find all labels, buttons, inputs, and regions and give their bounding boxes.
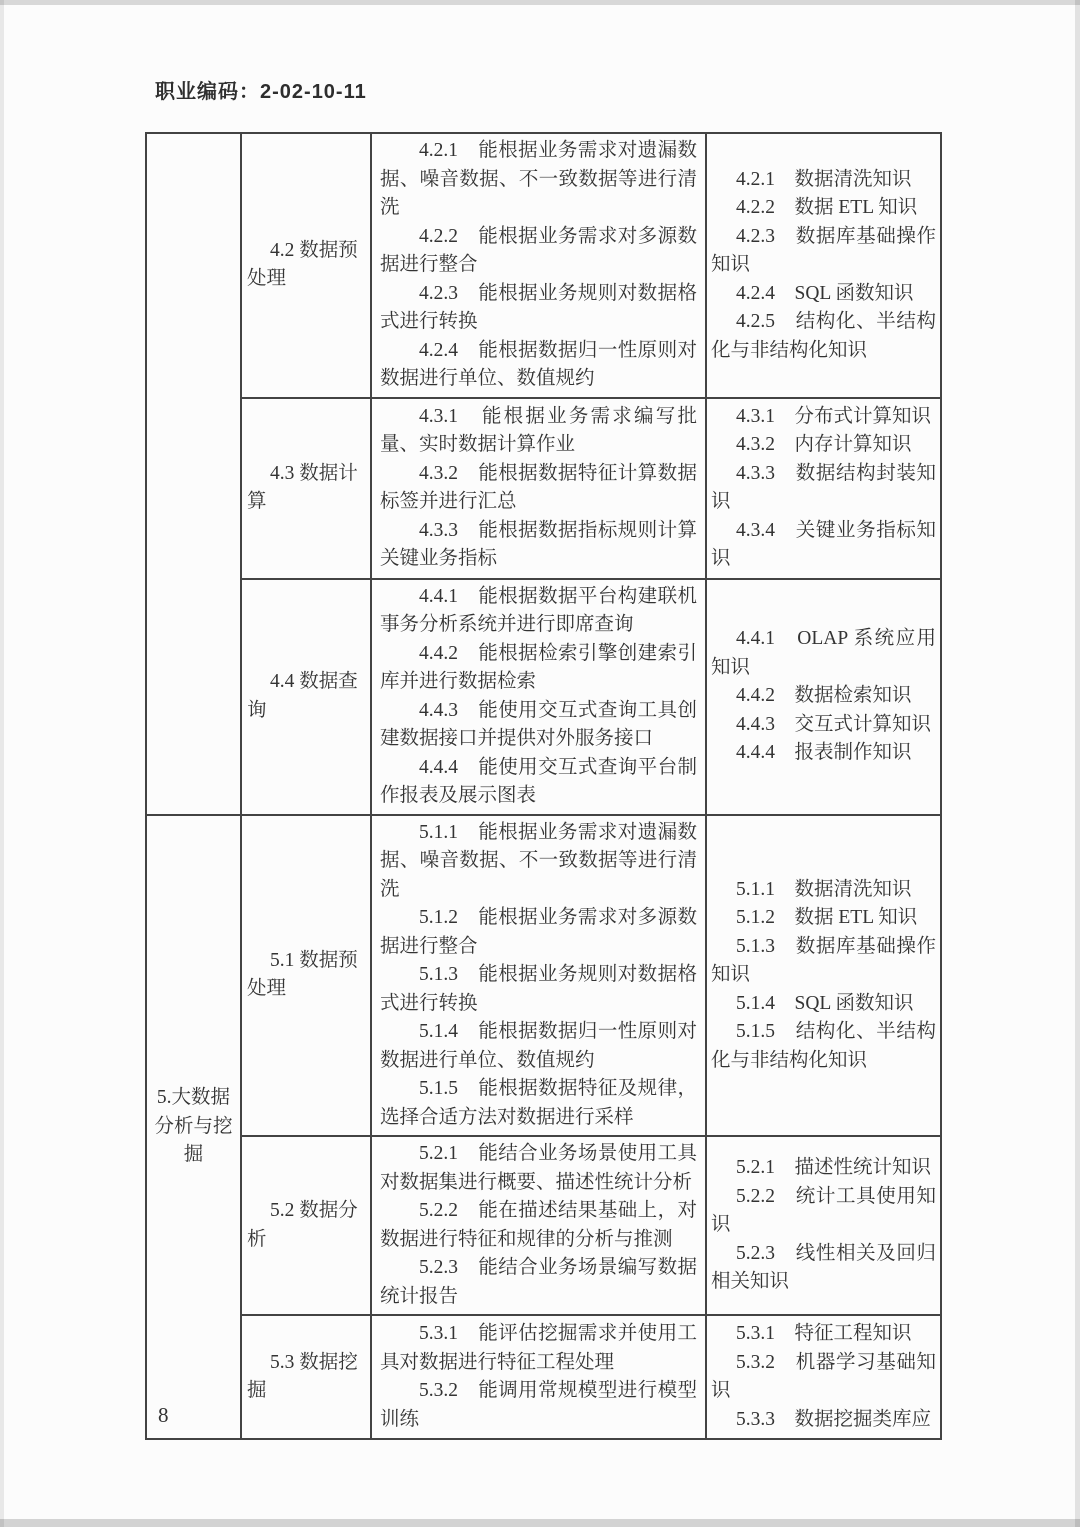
knowledge-item: 5.2.1 描述性统计知识 [711,1154,936,1183]
occupation-code: 职业编码：2-02-10-11 [155,75,367,104]
knowledge-item: 5.2.2 统计工具使用知识 [711,1183,936,1240]
subsection-label: 5.2 数据分析 [247,1197,365,1254]
knowledge-cell-5-3: 5.3.1 特征工程知识5.3.2 机器学习基础知识5.3.3 数据挖掘类库应 [706,1315,941,1439]
skill-item: 4.3.3 能根据数据指标规则计算关键业务指标 [380,517,697,574]
knowledge-item: 5.2.3 线性相关及回归相关知识 [711,1240,936,1297]
knowledge-cell-4-3: 4.3.1 分布式计算知识4.3.2 内存计算知识4.3.3 数据结构封装知识4… [706,398,941,579]
knowledge-item: 4.2.4 SQL 函数知识 [711,280,936,309]
skill-item: 5.1.1 能根据业务需求对遗漏数据、噪音数据、不一致数据等进行清洗 [380,819,697,905]
section-title: 5.大数据分析与挖掘 [149,1084,238,1170]
subsection-label: 4.3 数据计算 [247,460,365,517]
skill-item: 4.3.1 能根据业务需求编写批量、实时数据计算作业 [380,403,697,460]
table-row: 5.2 数据分析 5.2.1 能结合业务场景使用工具对数据集进行概要、描述性统计… [146,1136,941,1315]
knowledge-item: 5.1.5 结构化、半结构化与非结构化知识 [711,1018,936,1075]
table-row: 4.4 数据查询 4.4.1 能根据数据平台构建联机事务分析系统并进行即席查询4… [146,579,941,815]
skills-cell-5-1: 5.1.1 能根据业务需求对遗漏数据、噪音数据、不一致数据等进行清洗5.1.2 … [371,815,706,1137]
page-number: 8 [158,1403,169,1428]
skill-item: 5.1.5 能根据数据特征及规律，选择合适方法对数据进行采样 [380,1075,697,1132]
knowledge-item: 4.4.1 OLAP 系统应用知识 [711,625,936,682]
subsection-label: 4.2 数据预处理 [247,237,365,294]
knowledge-item: 4.3.4 关键业务指标知识 [711,517,936,574]
subsection-cell-4-4: 4.4 数据查询 [241,579,371,815]
knowledge-item: 4.2.3 数据库基础操作知识 [711,223,936,280]
knowledge-item: 4.2.1 数据清洗知识 [711,166,936,195]
skill-item: 5.2.2 能在描述结果基础上，对数据进行特征和规律的分析与推测 [380,1197,697,1254]
subsection-label: 4.4 数据查询 [247,668,365,725]
table-row: 4.3 数据计算 4.3.1 能根据业务需求编写批量、实时数据计算作业4.3.2… [146,398,941,579]
knowledge-item: 4.2.2 数据 ETL 知识 [711,194,936,223]
skill-item: 5.1.2 能根据业务需求对多源数据进行整合 [380,904,697,961]
skill-item: 5.2.1 能结合业务场景使用工具对数据集进行概要、描述性统计分析 [380,1140,697,1197]
knowledge-item: 4.3.1 分布式计算知识 [711,403,936,432]
knowledge-cell-4-4: 4.4.1 OLAP 系统应用知识4.4.2 数据检索知识4.4.3 交互式计算… [706,579,941,815]
section-cell-4 [146,133,241,815]
table-row: 5.大数据分析与挖掘 5.1 数据预处理 5.1.1 能根据业务需求对遗漏数据、… [146,815,941,1137]
skills-cell-5-2: 5.2.1 能结合业务场景使用工具对数据集进行概要、描述性统计分析5.2.2 能… [371,1136,706,1315]
skill-item: 4.4.2 能根据检索引擎创建索引库并进行数据检索 [380,640,697,697]
skill-item: 4.2.2 能根据业务需求对多源数据进行整合 [380,223,697,280]
skill-item: 4.3.2 能根据数据特征计算数据标签并进行汇总 [380,460,697,517]
skill-item: 4.2.1 能根据业务需求对遗漏数据、噪音数据、不一致数据等进行清洗 [380,137,697,223]
skill-item: 4.2.3 能根据业务规则对数据格式进行转换 [380,280,697,337]
knowledge-item: 5.3.1 特征工程知识 [711,1320,936,1349]
skill-requirements-table: 4.2 数据预处理 4.2.1 能根据业务需求对遗漏数据、噪音数据、不一致数据等… [145,132,942,1440]
skill-item: 5.3.2 能调用常规模型进行模型训练 [380,1377,697,1434]
knowledge-item: 4.4.4 报表制作知识 [711,739,936,768]
knowledge-item: 5.1.3 数据库基础操作知识 [711,933,936,990]
knowledge-item: 4.3.2 内存计算知识 [711,431,936,460]
skill-item: 4.4.3 能使用交互式查询工具创建数据接口并提供对外服务接口 [380,697,697,754]
table-row: 4.2 数据预处理 4.2.1 能根据业务需求对遗漏数据、噪音数据、不一致数据等… [146,133,941,398]
skill-item: 4.4.4 能使用交互式查询平台制作报表及展示图表 [380,754,697,811]
skill-item: 4.2.4 能根据数据归一性原则对数据进行单位、数值规约 [380,337,697,394]
knowledge-item: 4.4.3 交互式计算知识 [711,711,936,740]
subsection-cell-5-1: 5.1 数据预处理 [241,815,371,1137]
knowledge-cell-4-2: 4.2.1 数据清洗知识4.2.2 数据 ETL 知识4.2.3 数据库基础操作… [706,133,941,398]
subsection-label: 5.3 数据挖掘 [247,1349,365,1406]
knowledge-item: 5.1.1 数据清洗知识 [711,876,936,905]
section-cell-5: 5.大数据分析与挖掘 [146,815,241,1440]
knowledge-item: 5.1.2 数据 ETL 知识 [711,904,936,933]
knowledge-item: 5.3.3 数据挖掘类库应 [711,1406,936,1435]
skill-item: 5.1.3 能根据业务规则对数据格式进行转换 [380,961,697,1018]
knowledge-cell-5-1: 5.1.1 数据清洗知识5.1.2 数据 ETL 知识5.1.3 数据库基础操作… [706,815,941,1137]
skill-item: 5.3.1 能评估挖掘需求并使用工具对数据进行特征工程处理 [380,1320,697,1377]
knowledge-item: 5.1.4 SQL 函数知识 [711,990,936,1019]
knowledge-item: 5.3.2 机器学习基础知识 [711,1349,936,1406]
subsection-cell-5-2: 5.2 数据分析 [241,1136,371,1315]
subsection-cell-4-3: 4.3 数据计算 [241,398,371,579]
skill-item: 5.1.4 能根据数据归一性原则对数据进行单位、数值规约 [380,1018,697,1075]
skill-item: 5.2.3 能结合业务场景编写数据统计报告 [380,1254,697,1311]
subsection-cell-5-3: 5.3 数据挖掘 [241,1315,371,1439]
document-page: 职业编码：2-02-10-11 4.2 数据预处理 4.2.1 能根据业务需求对… [0,0,1080,1527]
skills-cell-4-2: 4.2.1 能根据业务需求对遗漏数据、噪音数据、不一致数据等进行清洗4.2.2 … [371,133,706,398]
skills-cell-5-3: 5.3.1 能评估挖掘需求并使用工具对数据进行特征工程处理5.3.2 能调用常规… [371,1315,706,1439]
subsection-label: 5.1 数据预处理 [247,947,365,1004]
knowledge-item: 4.4.2 数据检索知识 [711,682,936,711]
knowledge-cell-5-2: 5.2.1 描述性统计知识5.2.2 统计工具使用知识5.2.3 线性相关及回归… [706,1136,941,1315]
skills-cell-4-4: 4.4.1 能根据数据平台构建联机事务分析系统并进行即席查询4.4.2 能根据检… [371,579,706,815]
knowledge-item: 4.3.3 数据结构封装知识 [711,460,936,517]
skills-cell-4-3: 4.3.1 能根据业务需求编写批量、实时数据计算作业4.3.2 能根据数据特征计… [371,398,706,579]
subsection-cell-4-2: 4.2 数据预处理 [241,133,371,398]
knowledge-item: 4.2.5 结构化、半结构化与非结构化知识 [711,308,936,365]
table-row: 5.3 数据挖掘 5.3.1 能评估挖掘需求并使用工具对数据进行特征工程处理5.… [146,1315,941,1439]
skill-item: 4.4.1 能根据数据平台构建联机事务分析系统并进行即席查询 [380,583,697,640]
